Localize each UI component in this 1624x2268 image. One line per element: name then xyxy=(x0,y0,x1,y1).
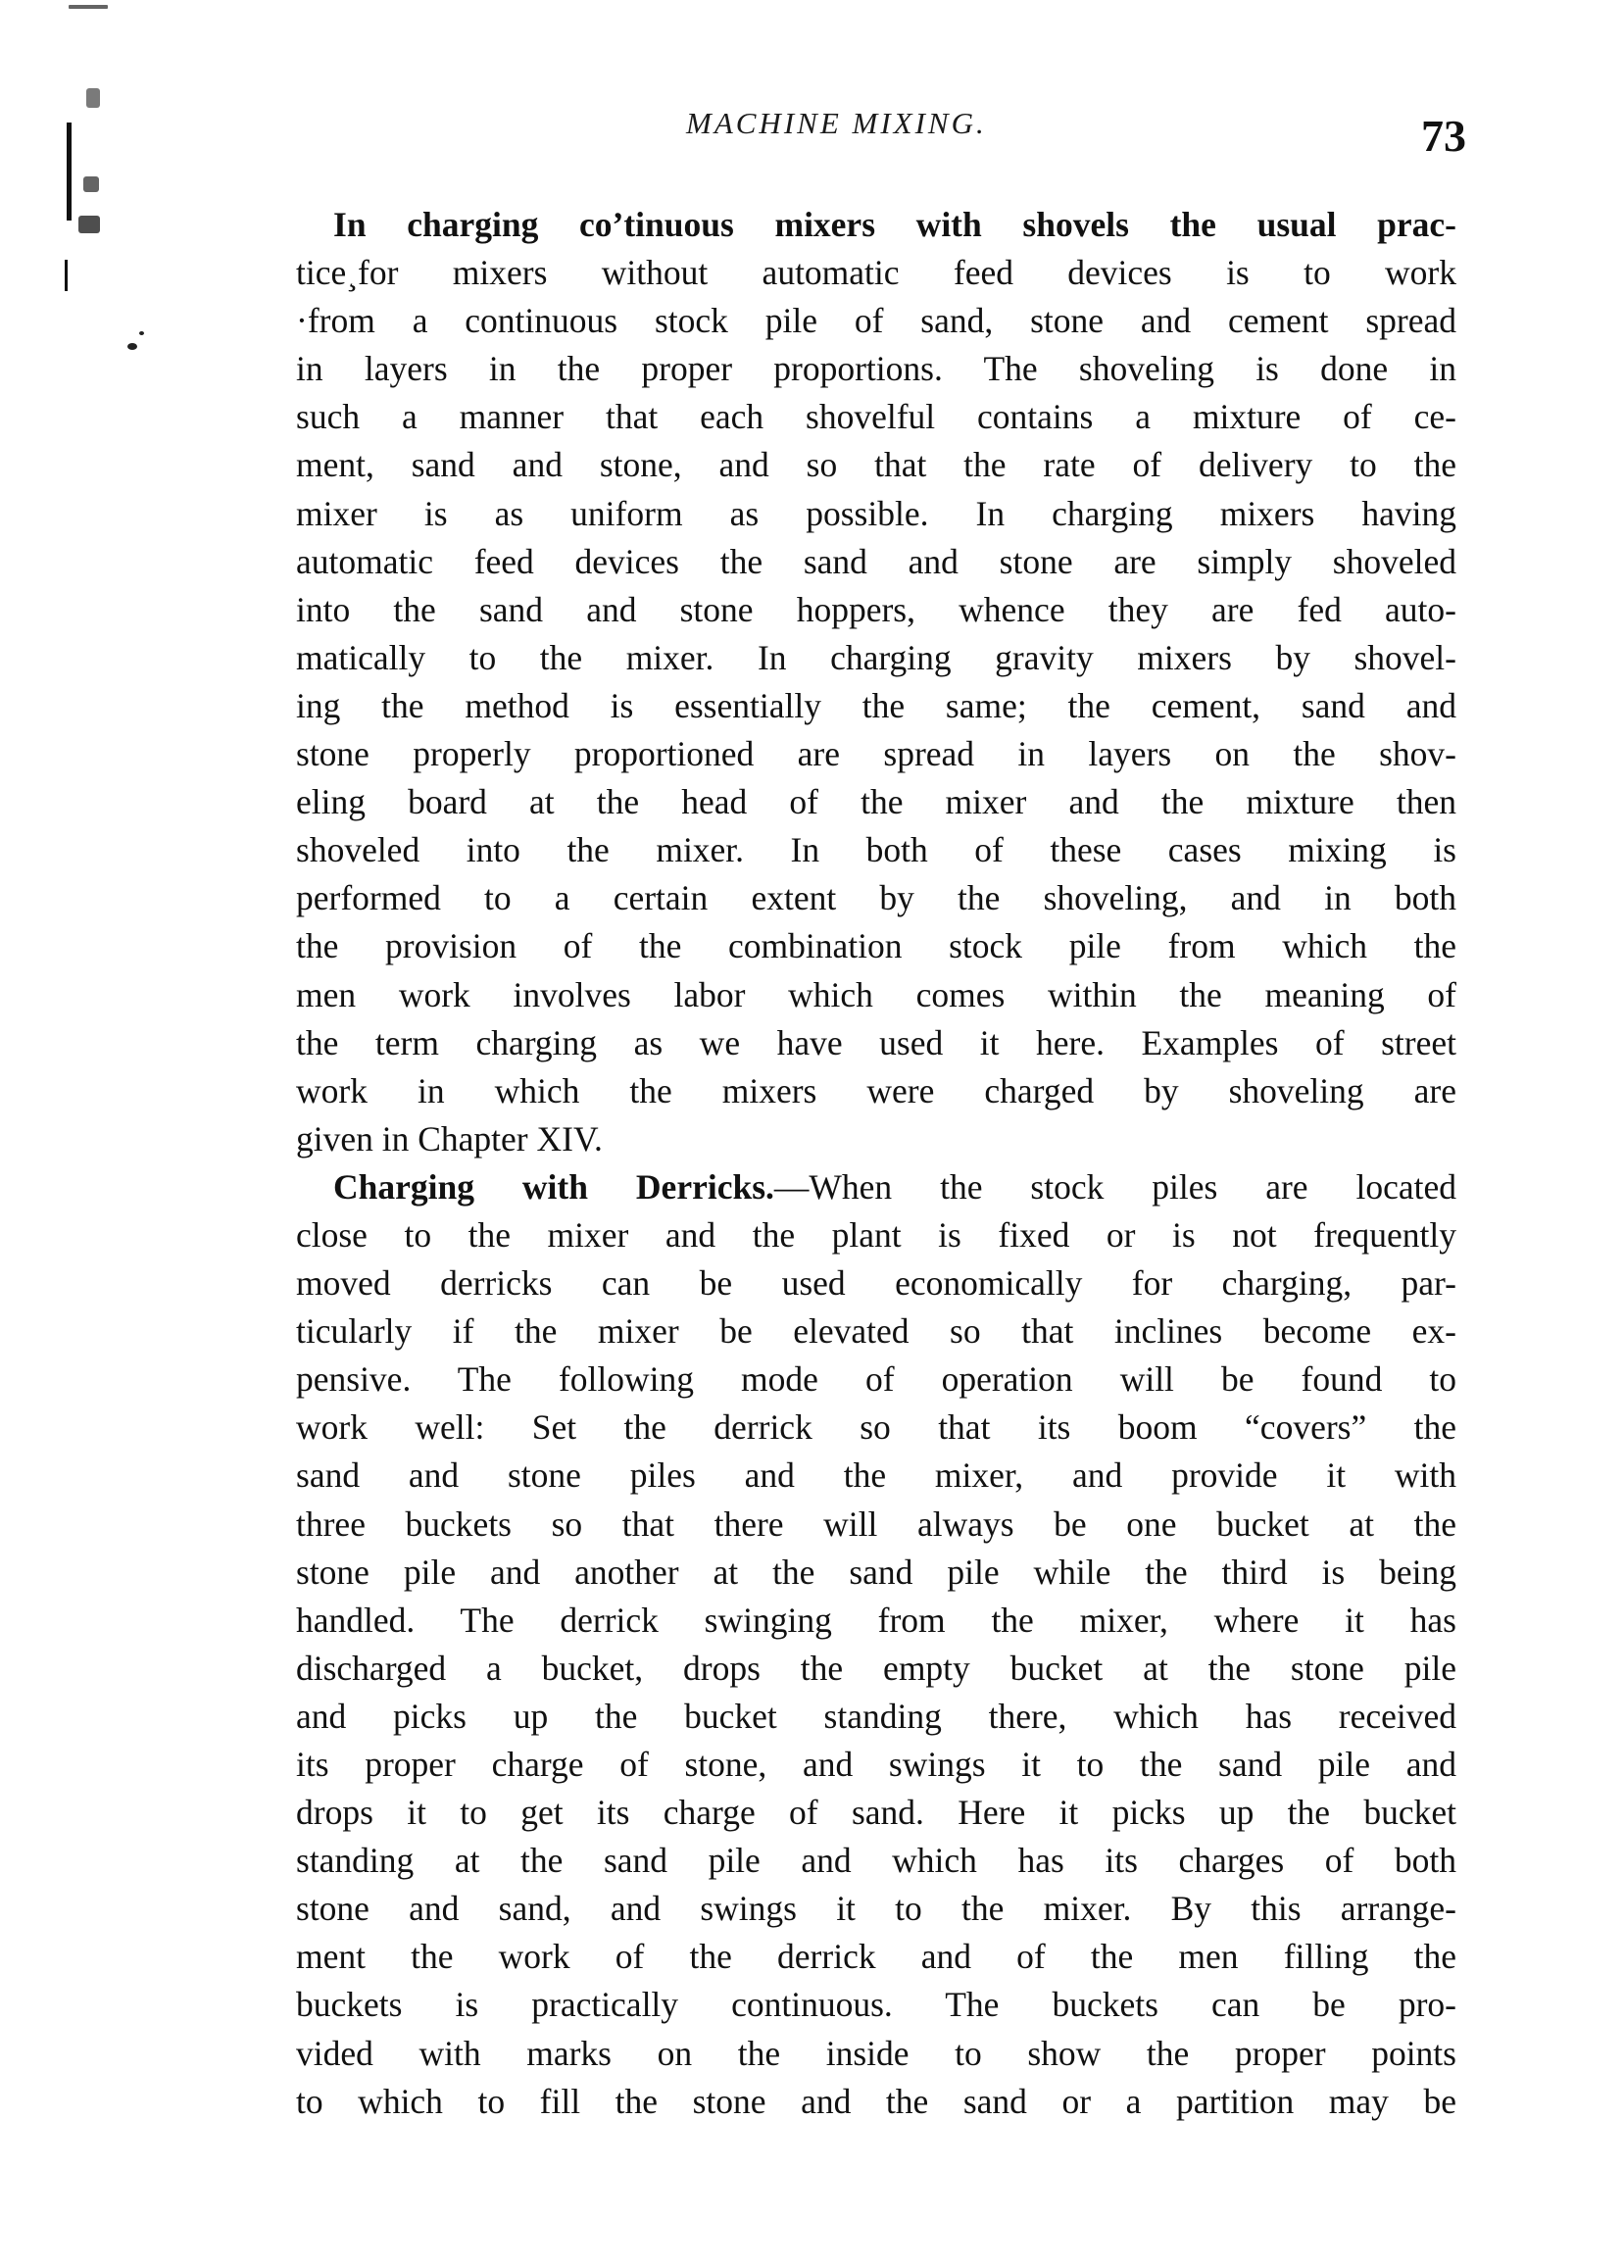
text-line: such a manner that each shovelful contai… xyxy=(296,393,1456,441)
book-page: MACHINE MIXING. 73 In charging co’tinuou… xyxy=(0,0,1624,2268)
line-text: three buckets so that there will always … xyxy=(296,1504,1456,1544)
text-line: ment, sand and stone, and so that the ra… xyxy=(296,441,1456,489)
text-line: the term charging as we have used it her… xyxy=(296,1019,1456,1067)
text-line: shoveled into the mixer. In both of thes… xyxy=(296,826,1456,874)
text-line: work in which the mixers were charged by… xyxy=(296,1067,1456,1115)
line-text: ticularly if the mixer be elevated so th… xyxy=(296,1311,1456,1351)
line-text: automatic feed devices the sand and ston… xyxy=(296,542,1456,581)
text-line: close to the mixer and the plant is fixe… xyxy=(296,1211,1456,1259)
text-line: to which to fill the stone and the sand … xyxy=(296,2078,1456,2126)
text-line: work well: Set the derrick so that its b… xyxy=(296,1404,1456,1452)
text-line: handled. The derrick swinging from the m… xyxy=(296,1597,1456,1645)
text-line: its proper charge of stone, and swings i… xyxy=(296,1741,1456,1789)
line-text: stone pile and another at the sand pile … xyxy=(296,1553,1456,1592)
running-head-title: MACHINE MIXING. xyxy=(686,106,1078,141)
line-text: ment, sand and stone, and so that the ra… xyxy=(296,445,1456,484)
line-text: handled. The derrick swinging from the m… xyxy=(296,1601,1456,1640)
text-line: and picks up the bucket standing there, … xyxy=(296,1693,1456,1741)
line-text: stone properly proportioned are spread i… xyxy=(296,734,1456,773)
text-line: ·from a continuous stock pile of sand, s… xyxy=(296,297,1456,345)
body-text: In charging co’tinuous mixers with shove… xyxy=(296,201,1456,2126)
text-line: ing the method is essentially the same; … xyxy=(296,682,1456,730)
line-text: In charging co’tinuous mixers with shove… xyxy=(333,205,1456,244)
text-line: standing at the sand pile and which has … xyxy=(296,1837,1456,1885)
line-text: matically to the mixer. In charging grav… xyxy=(296,638,1456,677)
section-heading-run-in: Charging with Derricks. xyxy=(333,1167,774,1207)
text-line: ment the work of the derrick and of the … xyxy=(296,1933,1456,1981)
text-line: into the sand and stone hoppers, whence … xyxy=(296,586,1456,634)
line-text: pensive. The following mode of operation… xyxy=(296,1359,1456,1399)
line-text: sand and stone piles and the mixer, and … xyxy=(296,1455,1456,1495)
line-text: shoveled into the mixer. In both of thes… xyxy=(296,830,1456,869)
text-line: matically to the mixer. In charging grav… xyxy=(296,634,1456,682)
line-text: work well: Set the derrick so that its b… xyxy=(296,1407,1456,1447)
text-line: moved derricks can be used economically … xyxy=(296,1259,1456,1307)
text-line: sand and stone piles and the mixer, and … xyxy=(296,1452,1456,1500)
line-text: drops it to get its charge of sand. Here… xyxy=(296,1793,1456,1832)
text-line: stone and sand, and swings it to the mix… xyxy=(296,1885,1456,1933)
line-text: mixer is as uniform as possible. In char… xyxy=(296,494,1456,533)
text-line: tice¸for mixers without automatic feed d… xyxy=(296,249,1456,297)
text-line: drops it to get its charge of sand. Here… xyxy=(296,1789,1456,1837)
text-line: given in Chapter XIV. xyxy=(296,1115,1456,1163)
text-line: discharged a bucket, drops the empty buc… xyxy=(296,1645,1456,1693)
text-line: buckets is practically continuous. The b… xyxy=(296,1981,1456,2029)
text-line: men work involves labor which comes with… xyxy=(296,971,1456,1019)
line-text: to which to fill the stone and the sand … xyxy=(296,2082,1456,2121)
text-line: stone properly proportioned are spread i… xyxy=(296,730,1456,778)
line-text: performed to a certain extent by the sho… xyxy=(296,878,1456,917)
line-text: work in which the mixers were charged by… xyxy=(296,1071,1456,1110)
text-line: three buckets so that there will always … xyxy=(296,1501,1456,1549)
text-line: in layers in the proper proportions. The… xyxy=(296,345,1456,393)
line-text: moved derricks can be used economically … xyxy=(296,1263,1456,1303)
line-text: close to the mixer and the plant is fixe… xyxy=(296,1215,1456,1255)
text-line: Charging with Derricks.—When the stock p… xyxy=(296,1163,1456,1211)
text-line: eling board at the head of the mixer and… xyxy=(296,778,1456,826)
line-text: discharged a bucket, drops the empty buc… xyxy=(296,1649,1456,1688)
text-line: stone pile and another at the sand pile … xyxy=(296,1549,1456,1597)
line-text: buckets is practically continuous. The b… xyxy=(296,1985,1456,2024)
line-text: in layers in the proper proportions. The… xyxy=(296,349,1456,388)
line-text: tice¸for mixers without automatic feed d… xyxy=(296,253,1456,292)
line-text: the provision of the combination stock p… xyxy=(296,926,1456,965)
line-text: such a manner that each shovelful contai… xyxy=(296,397,1456,436)
line-text: stone and sand, and swings it to the mix… xyxy=(296,1889,1456,1928)
line-text: —When the stock piles are located xyxy=(774,1167,1456,1207)
line-text: its proper charge of stone, and swings i… xyxy=(296,1745,1456,1784)
line-text: given in Chapter XIV. xyxy=(296,1119,603,1159)
text-line: mixer is as uniform as possible. In char… xyxy=(296,490,1456,538)
line-text: men work involves labor which comes with… xyxy=(296,975,1456,1014)
text-line: vided with marks on the inside to show t… xyxy=(296,2030,1456,2078)
text-line: automatic feed devices the sand and ston… xyxy=(296,538,1456,586)
line-text: eling board at the head of the mixer and… xyxy=(296,782,1456,821)
text-line: the provision of the combination stock p… xyxy=(296,922,1456,970)
line-text: the term charging as we have used it her… xyxy=(296,1023,1456,1062)
line-text: standing at the sand pile and which has … xyxy=(296,1841,1456,1880)
line-text: into the sand and stone hoppers, whence … xyxy=(296,590,1456,629)
line-text: ing the method is essentially the same; … xyxy=(296,686,1456,725)
line-text: ·from a continuous stock pile of sand, s… xyxy=(296,301,1456,340)
text-line: pensive. The following mode of operation… xyxy=(296,1356,1456,1404)
line-text: and picks up the bucket standing there, … xyxy=(296,1697,1456,1736)
line-text: ment the work of the derrick and of the … xyxy=(296,1937,1456,1976)
text-line: ticularly if the mixer be elevated so th… xyxy=(296,1307,1456,1356)
line-text: vided with marks on the inside to show t… xyxy=(296,2034,1456,2073)
text-line: In charging co’tinuous mixers with shove… xyxy=(296,201,1456,249)
text-line: performed to a certain extent by the sho… xyxy=(296,874,1456,922)
page-number: 73 xyxy=(1421,110,1466,162)
scan-margin-artifacts xyxy=(59,20,167,1686)
